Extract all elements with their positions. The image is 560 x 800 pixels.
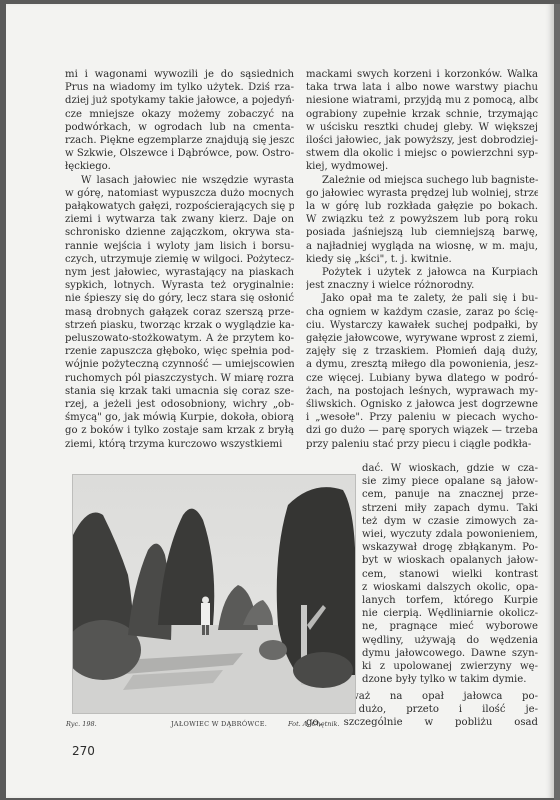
text-line: a najładniej wygląda na wiosnę, w m. maj… [306,240,538,253]
text-line: gałęzie jałowcowe, wyrywane wprost z zie… [306,332,538,345]
text-line: la w górę lub rozkłada gałęzie po bokach… [306,200,538,213]
text-line: łęckiego. [65,160,294,173]
figure-label: Ryc. 198. [66,720,97,728]
text-line: dzi go dużo — parę sporych wiązek — trze… [306,424,538,437]
text-line: a dymu, zresztą miłego dla powonienia, j… [306,358,538,371]
text-line: masą drobnych gałązek coraz szerszą prze… [65,306,294,319]
text-line: i „wesołe". Przy paleniu w piecach wycho… [306,411,538,424]
text-line: żach, na postojach leśnych, wyprawach my… [306,385,538,398]
text-line: w górę, natomiast wypuszcza dużo mocnych [65,187,294,200]
text-line: stwem dla okolic i miejsc o powierzchni … [306,147,538,160]
text-line: lanych torfem, którego Kurpie [362,594,538,607]
text-line: nie śpieszy się do góry, lecz stara się … [65,292,294,305]
text-line: nie cierpią. Wędliniarnie okolicz- [362,607,538,620]
text-line: z wioskami dalszych okolic, opa- [362,581,538,594]
text-line: w Szkwie, Olszewce i Dąbrówce, pow. Ostr… [65,147,294,160]
text-line: ciu. Wystarczy kawałek suchej podpałki, … [306,319,538,332]
text-line: rzej, a jeżeli jest odosobniony, wichry … [65,398,294,411]
text-line: W związku też z powyższem lub porą roku [306,213,538,226]
text-line: ki z upolowanej zwierzyny wę- [362,660,538,673]
text-line: sie zimy piece opalane są jałow- [362,475,538,488]
text-line: też dym w czasie zimowych za- [362,515,538,528]
text-line: wędliny, używają do wędzenia [362,634,538,647]
text-line: strzeni miły zapach dymu. Taki [362,502,538,515]
text-line: śliwskich. Ognisko z jałowca jest dogrze… [306,398,538,411]
book-page: mi i wagonami wywozili je do sąsiednichP… [6,4,554,798]
text-line: pałąkowatych gałęzi, rozpościerających s… [65,200,294,213]
text-line: rzenie zapuszcza głęboko, więc spełnia p… [65,345,294,358]
right-text-column: mackami swych korzeni i korzonków. Walka… [306,68,538,451]
text-line: sypkich, lotnych. Wyrasta też oryginalni… [65,279,294,292]
text-line: Pożytek i użytek z jałowca na Kurpiach [306,266,538,279]
photo-juniper-icon [73,475,355,713]
text-line: peluszowato-stożkowatym. A że przytem ko… [65,332,294,345]
text-line: W lasach jałowiec nie wszędzie wyrasta [65,174,294,187]
text-line: dać. W wioskach, gdzie w cza- [362,462,538,475]
text-line: dymu jałowcowego. Dawne szyn- [362,647,538,660]
text-line: go jałowiec wyrasta prędzej lub wolniej,… [306,187,538,200]
figure-title: JAŁOWIEC W DĄBRÓWCE. [171,720,267,728]
text-line: jest znaczny i wielce różnorodny. [306,279,538,292]
text-line: kiedy się „kści", t. j. kwitnie. [306,253,538,266]
text-line: dzone były tylko w takim dymie. [362,673,538,686]
text-line: cze więcej. Lubiany bywa dlatego w podró… [306,372,538,385]
text-line: zajęły się z trzaskiem. Płomień dają duż… [306,345,538,358]
text-line: wskazywał drogę zbłąkanym. Po- [362,541,538,554]
right-narrow-text-column: dać. W wioskach, gdzie w cza-sie zimy pi… [362,462,538,686]
text-line: nym jest jałowiec, wyrastający na piaska… [65,266,294,279]
text-line: ne, pragnące mieć wyborowe [362,620,538,633]
text-line: stania się krzak taki umacnia się coraz … [65,385,294,398]
text-line: wójnie pożyteczną czynność — umiejscowie… [65,358,294,371]
text-line: kiej, wydmowej. [306,160,538,173]
text-line: cha ogniem w każdym czasie, zaraz po ści… [306,306,538,319]
text-line: niesione wiatrami, przyjdą mu z pomocą, … [306,94,538,107]
text-line: rzach. Piękne egzemplarze znajdują się j… [65,134,294,147]
text-line: Prus na wiadomy im tylko użytek. Dziś rz… [65,81,294,94]
figure-credit: Fot. A. Chętnik. [288,720,340,728]
text-line: cze mniejsze okazy możemy zobaczyć na [65,108,294,121]
text-line: ziemi i wytwarza tak zwany kierz. Daje o… [65,213,294,226]
text-line: rannie wejścia i wyloty jam lisich i bor… [65,240,294,253]
text-line: podwórkach, w ogrodach lub na cmenta- [65,121,294,134]
left-text-column: mi i wagonami wywozili je do sąsiednichP… [65,68,294,451]
text-line: śmycą" go, jak mówią Kurpie, dokoła, obi… [65,411,294,424]
text-line: dziej już spotykamy takie jałowce, a poj… [65,94,294,107]
text-line: przy paleniu stać przy piecu i ciągle po… [306,438,538,451]
text-line: posiada jaśniejszą lub ciemniejszą barwę… [306,226,538,239]
juniper-photograph [72,474,356,714]
text-line: schronisko dzienne zajączkom, okrywa sta… [65,226,294,239]
text-line: Jako opał ma te zalety, że pali się i bu… [306,292,538,305]
text-line: cem, stanowi wielki kontrast [362,568,538,581]
text-line: cem, panuje na znacznej prze- [362,488,538,501]
text-line: go, szczególnie w pobliżu osad [306,716,538,729]
text-line: strzeń piasku, tworząc krzak o wyglądzie… [65,319,294,332]
text-line: ruchomych pól piaszczystych. W miarę roz… [65,372,294,385]
text-line: byt w wioskach opalanych jałow- [362,554,538,567]
text-line: mackami swych korzeni i korzonków. Walka [306,68,538,81]
text-line: taka trwa lata i albo nowe warstwy piach… [306,81,538,94]
page-number: 270 [72,744,95,758]
text-line: w uścisku resztki chudej gleby. W większ… [306,121,538,134]
text-line: Zależnie od miejsca suchego lub bagniste… [306,174,538,187]
text-line: czych, utrzymuje ziemię w wilgoci. Pożyt… [65,253,294,266]
text-line: ziemi, którą trzyma kurczowo wszystkiemi [65,438,294,451]
text-line: wiei, wyczuty zdala powonieniem, [362,528,538,541]
text-line: mi i wagonami wywozili je do sąsiednich [65,68,294,81]
page-edge [554,4,560,800]
text-line: go z boków i tylko zostaje sam krzak z b… [65,424,294,437]
text-line: ograbiony zupełnie krzak schnie, trzymaj… [306,108,538,121]
text-line: ilości jałowiec, jak powyższy, jest dobr… [306,134,538,147]
